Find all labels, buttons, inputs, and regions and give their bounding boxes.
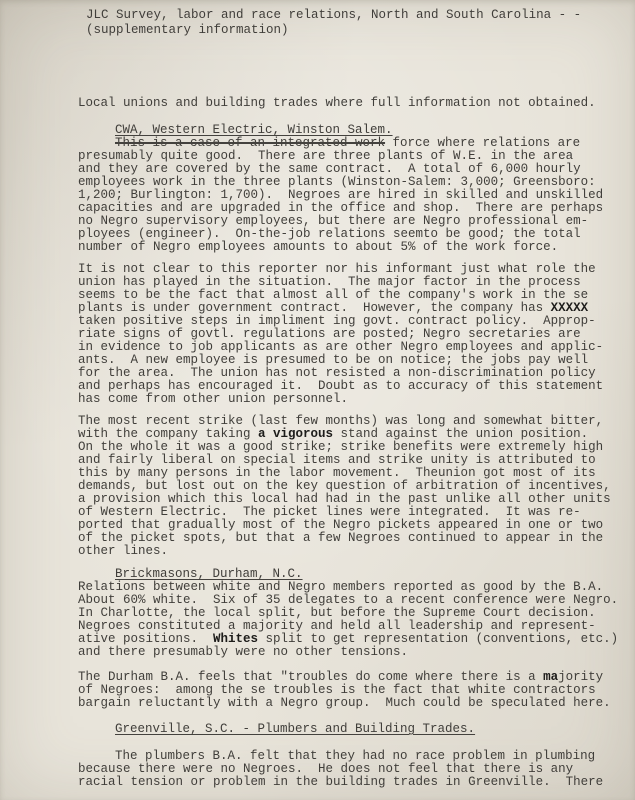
- underline-text: CWA, Western Electric, Winston Salem.: [115, 123, 393, 137]
- paragraph-greenville-1: The plumbers B.A. felt that they had no …: [78, 750, 631, 789]
- text-segment: Negroes constituted a majority and held …: [78, 619, 596, 633]
- paragraph-brickmasons-2: The Durham B.A. feels that "troubles do …: [78, 671, 631, 710]
- text-line: Greenville, S.C. - Plumbers and Building…: [115, 723, 631, 736]
- paragraph-cwa-strike: The most recent strike (last few months)…: [78, 415, 631, 558]
- text-segment: and perhaps has encouraged it. Doubt as …: [78, 379, 603, 393]
- text-segment: ported that gradually most of the Negro …: [78, 518, 603, 532]
- text-segment: plants is under government contract. How…: [78, 301, 551, 315]
- text-segment: because there were no Negroes. He does n…: [78, 762, 573, 776]
- bold-text: a vigorous: [258, 427, 333, 441]
- text-segment: has come from other union personnel.: [78, 392, 348, 406]
- text-segment: (supplementary information): [86, 23, 289, 37]
- text-segment: of the picket spots, but that a few Negr…: [78, 531, 603, 545]
- text-line: other lines.: [78, 545, 631, 558]
- underline-text: Brickmasons, Durham, N.C.: [115, 567, 303, 581]
- text-segment: and there presumably were no other tensi…: [78, 645, 408, 659]
- document-page: JLC Survey, labor and race relations, No…: [0, 0, 635, 800]
- text-line: JLC Survey, labor and race relations, No…: [86, 8, 631, 23]
- text-segment: presumably quite good. There are three p…: [78, 149, 573, 163]
- text-segment: other lines.: [78, 544, 168, 558]
- text-segment: taken positive steps in impliment ing go…: [78, 314, 596, 328]
- text-segment: ployees (engineer). On-the-job relations…: [78, 227, 581, 241]
- text-segment: About 60% white. Six of 35 delegates to …: [78, 593, 618, 607]
- text-segment: JLC Survey, labor and race relations, No…: [86, 8, 581, 22]
- text-segment: It is not clear to this reporter nor his…: [78, 262, 596, 276]
- text-segment: force where relations are: [385, 136, 580, 150]
- text-segment: seems to be the fact that almost all of …: [78, 288, 588, 302]
- text-segment: capacities and are upgraded in the offic…: [78, 201, 603, 215]
- underline-text: Greenville, S.C. - Plumbers and Building…: [115, 722, 475, 736]
- text-segment: The most recent strike (last few months)…: [78, 414, 603, 428]
- text-line: number of Negro employees amounts to abo…: [78, 241, 631, 254]
- text-line: (supplementary information): [86, 23, 631, 38]
- text-segment: ative positions.: [78, 632, 213, 646]
- text-line: bargain reluctantly with a Negro group. …: [78, 697, 631, 710]
- text-segment: employees work in the three plants (Wins…: [78, 175, 596, 189]
- text-segment: split to get representation (conventions…: [258, 632, 618, 646]
- strike-text: This is a case of an integrated work: [115, 136, 385, 150]
- text-segment: The Durham B.A. feels that "troubles do …: [78, 670, 543, 684]
- text-segment: in evidence to job applicants as are oth…: [78, 340, 603, 354]
- text-segment: Local unions and building trades where f…: [78, 96, 596, 110]
- bold-text: XXXXX: [551, 301, 589, 315]
- text-segment: and fairly liberal on special items and …: [78, 453, 596, 467]
- text-segment: bargain reluctantly with a Negro group. …: [78, 696, 611, 710]
- text-line: Local unions and building trades where f…: [78, 97, 631, 110]
- text-line: has come from other union personnel.: [78, 393, 631, 406]
- text-segment: for the area. The union has not resisted…: [78, 366, 596, 380]
- text-segment: Relations between white and Negro member…: [78, 580, 603, 594]
- text-line: racial tension or problem in the buildin…: [78, 776, 631, 789]
- text-segment: riate signs of govtl. regulations are po…: [78, 327, 581, 341]
- text-segment: of Negroes: among the se troubles is the…: [78, 683, 596, 697]
- text-segment: stand against the union position.: [333, 427, 588, 441]
- text-segment: no Negro supervisory employees, but ther…: [78, 214, 588, 228]
- document-header: JLC Survey, labor and race relations, No…: [86, 8, 631, 37]
- text-segment: 1,200; Burlington: 1,700). Negroes are h…: [78, 188, 603, 202]
- text-segment: and they are covered by the same contrac…: [78, 162, 581, 176]
- text-segment: In Charlotte, the local split, but befor…: [78, 606, 596, 620]
- text-line: and there presumably were no other tensi…: [78, 646, 631, 659]
- section-heading-greenville: Greenville, S.C. - Plumbers and Building…: [78, 723, 631, 736]
- intro-note: Local unions and building trades where f…: [78, 97, 631, 110]
- text-segment: with the company taking: [78, 427, 258, 441]
- text-segment: The plumbers B.A. felt that they had no …: [115, 749, 595, 763]
- bold-text: ma: [543, 670, 558, 684]
- text-segment: jority: [558, 670, 603, 684]
- paragraph-brickmasons-1: Relations between white and Negro member…: [78, 581, 631, 659]
- paragraph-cwa-1: This is a case of an integrated work for…: [78, 137, 631, 254]
- text-segment: number of Negro employees amounts to abo…: [78, 240, 558, 254]
- text-segment: union has played in the situation. The m…: [78, 275, 581, 289]
- text-segment: On the whole it was a good strike; strik…: [78, 440, 603, 454]
- bold-text: Whites: [213, 632, 258, 646]
- text-segment: of Western Electric. The picket lines we…: [78, 505, 581, 519]
- text-segment: racial tension or problem in the buildin…: [78, 775, 603, 789]
- text-segment: a provision which this local had had in …: [78, 492, 611, 506]
- paragraph-cwa-2: It is not clear to this reporter nor his…: [78, 263, 631, 406]
- text-segment: demands, but lost out on the key questio…: [78, 479, 611, 493]
- text-segment: ants. A new employee is presumed to be o…: [78, 353, 588, 367]
- text-segment: this by many persons in the labor moveme…: [78, 466, 596, 480]
